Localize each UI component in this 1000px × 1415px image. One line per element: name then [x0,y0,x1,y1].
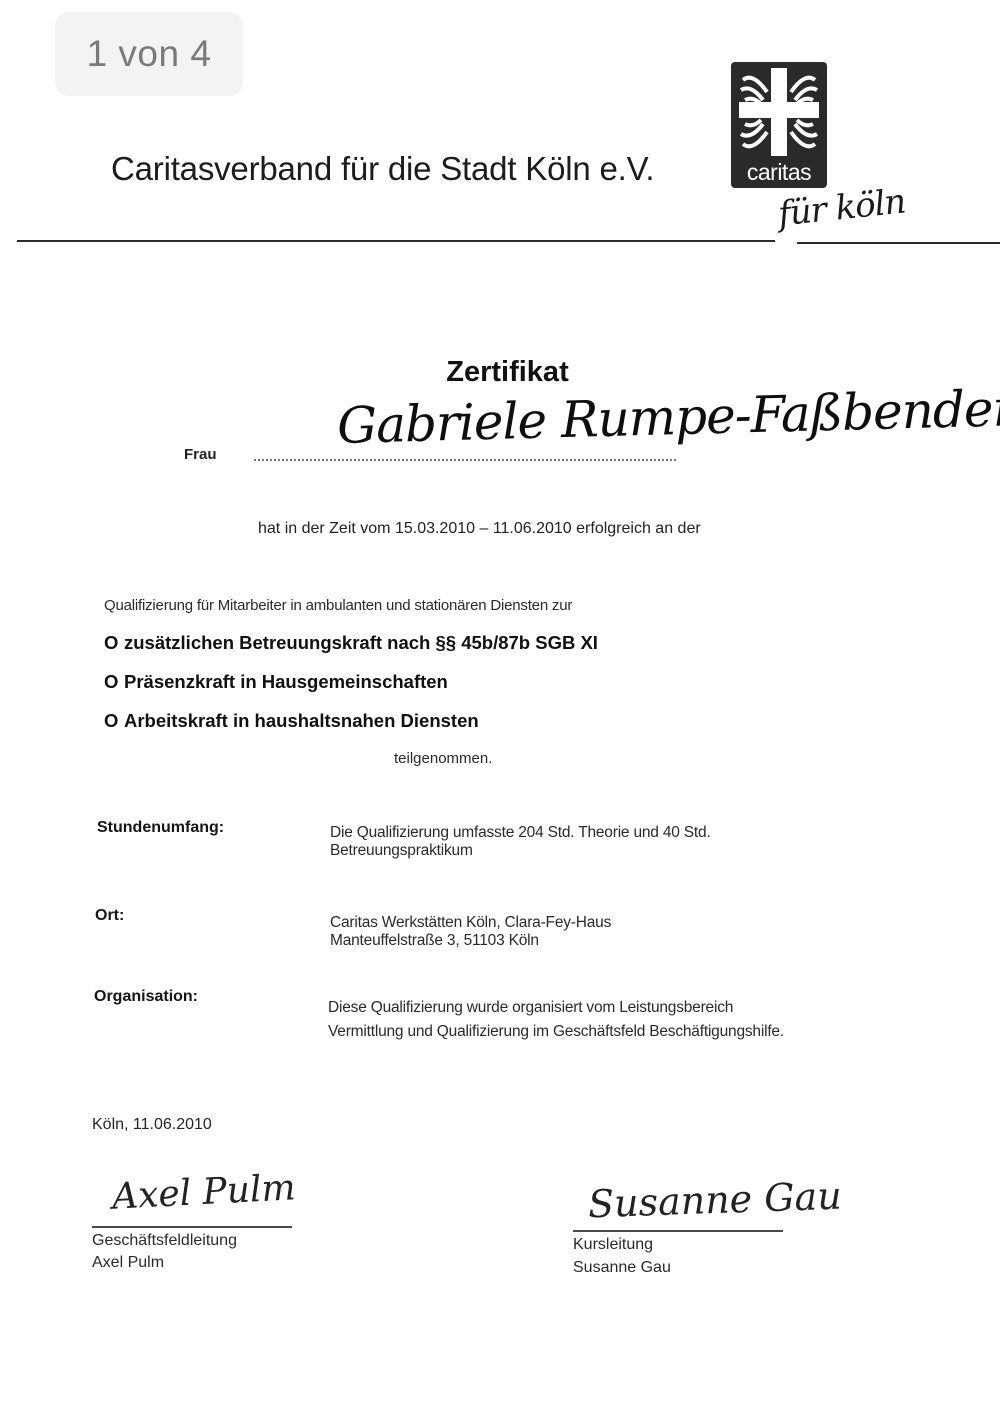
location-value: Caritas Werkstätten Köln, Clara-Fey-Haus… [330,914,611,950]
organisation-value-line: Diese Qualifizierung wurde organisiert v… [328,996,784,1020]
logo-slogan: für köln [776,181,907,234]
header-divider [17,240,775,242]
qualification-label: zusätzlichen Betreuungskraft nach §§ 45b… [124,632,598,654]
logo-text: caritas [731,159,827,186]
place-date: Köln, 11.06.2010 [92,1116,212,1134]
signer-role-right: Kursleitung [573,1236,653,1254]
recipient-name: Gabriele Rumpe-Faßbender [336,379,1000,455]
checkbox-circle-icon: O [104,671,124,693]
signature-left: Axel Pulm [111,1167,297,1218]
signer-name-right: Susanne Gau [573,1259,671,1277]
qualification-item: O Präsenzkraft in Hausgemeinschaften [104,671,598,710]
qualification-item: O zusätzlichen Betreuungskraft nach §§ 4… [104,632,598,671]
qualification-item: O Arbeitskraft in haushaltsnahen Dienste… [104,710,598,749]
qualification-intro: Qualifizierung für Mitarbeiter in ambula… [104,597,572,614]
hours-value: Die Qualifizierung umfasste 204 Std. The… [330,824,711,860]
checkbox-circle-icon: O [104,632,124,654]
hours-value-line: Die Qualifizierung umfasste 204 Std. The… [330,824,711,842]
period-text: hat in der Zeit vom 15.03.2010 – 11.06.2… [258,520,701,538]
signer-name-left: Axel Pulm [92,1254,164,1272]
signature-line-left [92,1226,292,1228]
caritas-cross-icon [731,62,827,162]
checkbox-circle-icon: O [104,710,124,732]
organisation-value: Diese Qualifizierung wurde organisiert v… [328,996,784,1044]
signature-line-right [573,1230,783,1232]
page-indicator-text: 1 von 4 [87,33,212,75]
participated-text: teilgenommen. [394,750,492,767]
page-indicator: 1 von 4 [55,12,243,96]
location-value-line: Manteuffelstraße 3, 51103 Köln [330,932,611,950]
hours-label: Stundenumfang: [97,819,224,837]
salutation: Frau [184,446,217,463]
organisation-label: Organisation: [94,988,198,1006]
qualification-list: O zusätzlichen Betreuungskraft nach §§ 4… [104,632,598,749]
location-value-line: Caritas Werkstätten Köln, Clara-Fey-Haus [330,914,611,932]
hours-value-line: Betreuungspraktikum [330,842,711,860]
signature-right: Susanne Gau [587,1174,842,1227]
location-label: Ort: [95,907,124,925]
signer-role-left: Geschäftsfeldleitung [92,1232,237,1250]
qualification-label: Arbeitskraft in haushaltsnahen Diensten [124,710,479,732]
organization-name: Caritasverband für die Stadt Köln e.V. [111,150,654,188]
header-divider-right [797,242,1000,244]
name-dotted-line [254,459,676,461]
caritas-logo: caritas [731,62,827,188]
organisation-value-line: Vermittlung und Qualifizierung im Geschä… [328,1020,784,1044]
qualification-label: Präsenzkraft in Hausgemeinschaften [124,671,448,693]
